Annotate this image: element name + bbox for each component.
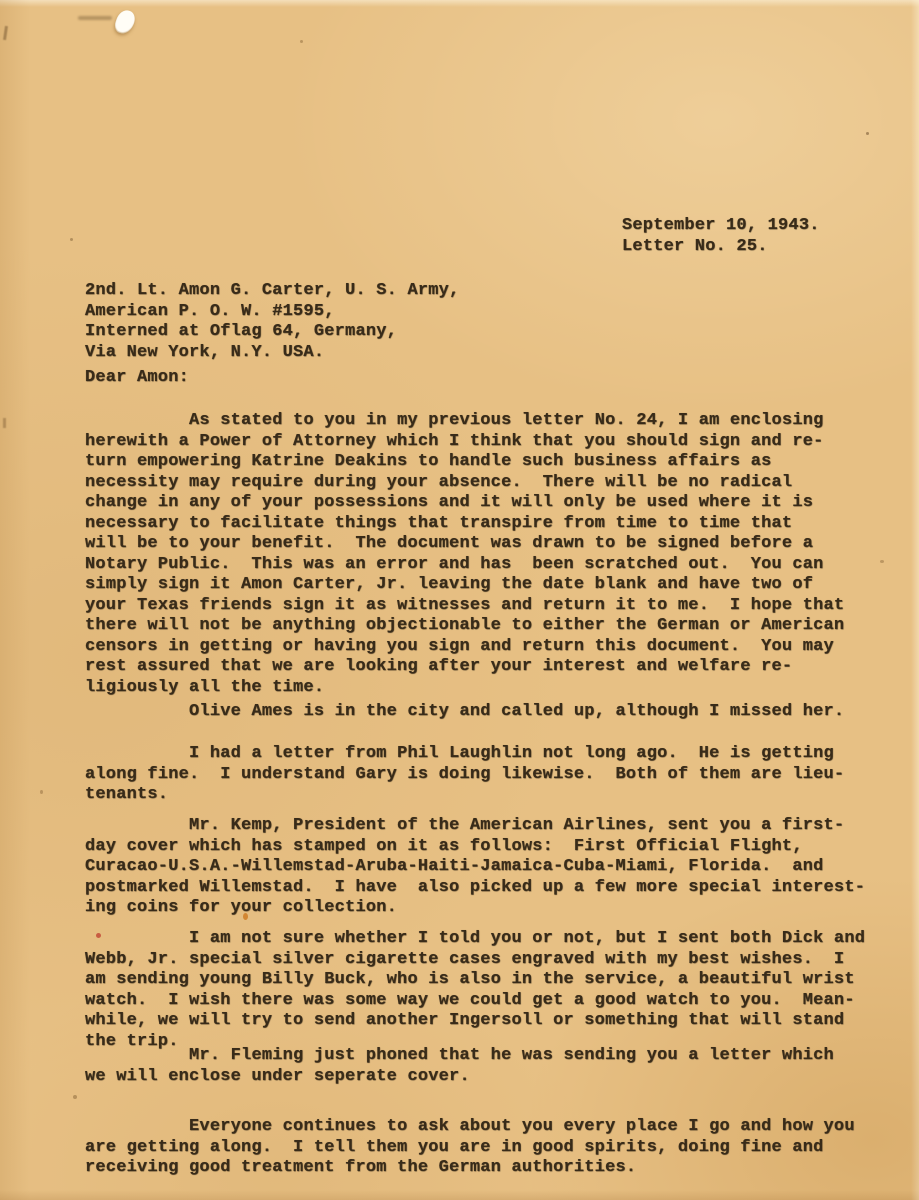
paragraph-first-day-cover: Mr. Kemp, President of the American Airl… [85, 816, 885, 919]
letter-page: September 10, 1943.Letter No. 25. 2nd. L… [0, 0, 919, 1200]
paper-edge-mark [3, 418, 6, 428]
paper-speck [70, 238, 73, 241]
date-line: September 10, 1943. [622, 216, 820, 235]
address-line: American P. O. W. #1595, [85, 302, 335, 321]
paragraph-olive-ames: Olive Ames is in the city and called up,… [85, 702, 885, 723]
address-line: Interned at Oflag 64, Germany, [85, 322, 397, 341]
paragraph-phil-laughlin: I had a letter from Phil Laughlin not lo… [85, 744, 885, 806]
paper-edge-mark [3, 26, 8, 40]
recipient-address: 2nd. Lt. Amon G. Carter, U. S. Army,Amer… [85, 281, 459, 363]
paragraph-everyone-asks: Everyone continues to ask about you ever… [85, 1117, 885, 1179]
paragraph-cigarette-cases: I am not sure whether I told you or not,… [85, 929, 885, 1052]
salutation: Dear Amon: [85, 368, 189, 389]
paper-speck [866, 132, 869, 135]
address-line: Via New York, N.Y. USA. [85, 343, 324, 362]
paper-speck [40, 790, 43, 794]
paper-smudge [78, 16, 112, 20]
paragraph-mr-fleming: Mr. Fleming just phoned that he was send… [85, 1046, 885, 1087]
paper-speck [300, 40, 303, 43]
paper-speck [73, 1095, 77, 1099]
letter-number-line: Letter No. 25. [622, 237, 768, 256]
date-block: September 10, 1943.Letter No. 25. [622, 216, 820, 257]
paragraph-power-of-attorney: As stated to you in my previous letter N… [85, 411, 885, 698]
address-line: 2nd. Lt. Amon G. Carter, U. S. Army, [85, 281, 459, 300]
paper-hole [113, 8, 138, 36]
